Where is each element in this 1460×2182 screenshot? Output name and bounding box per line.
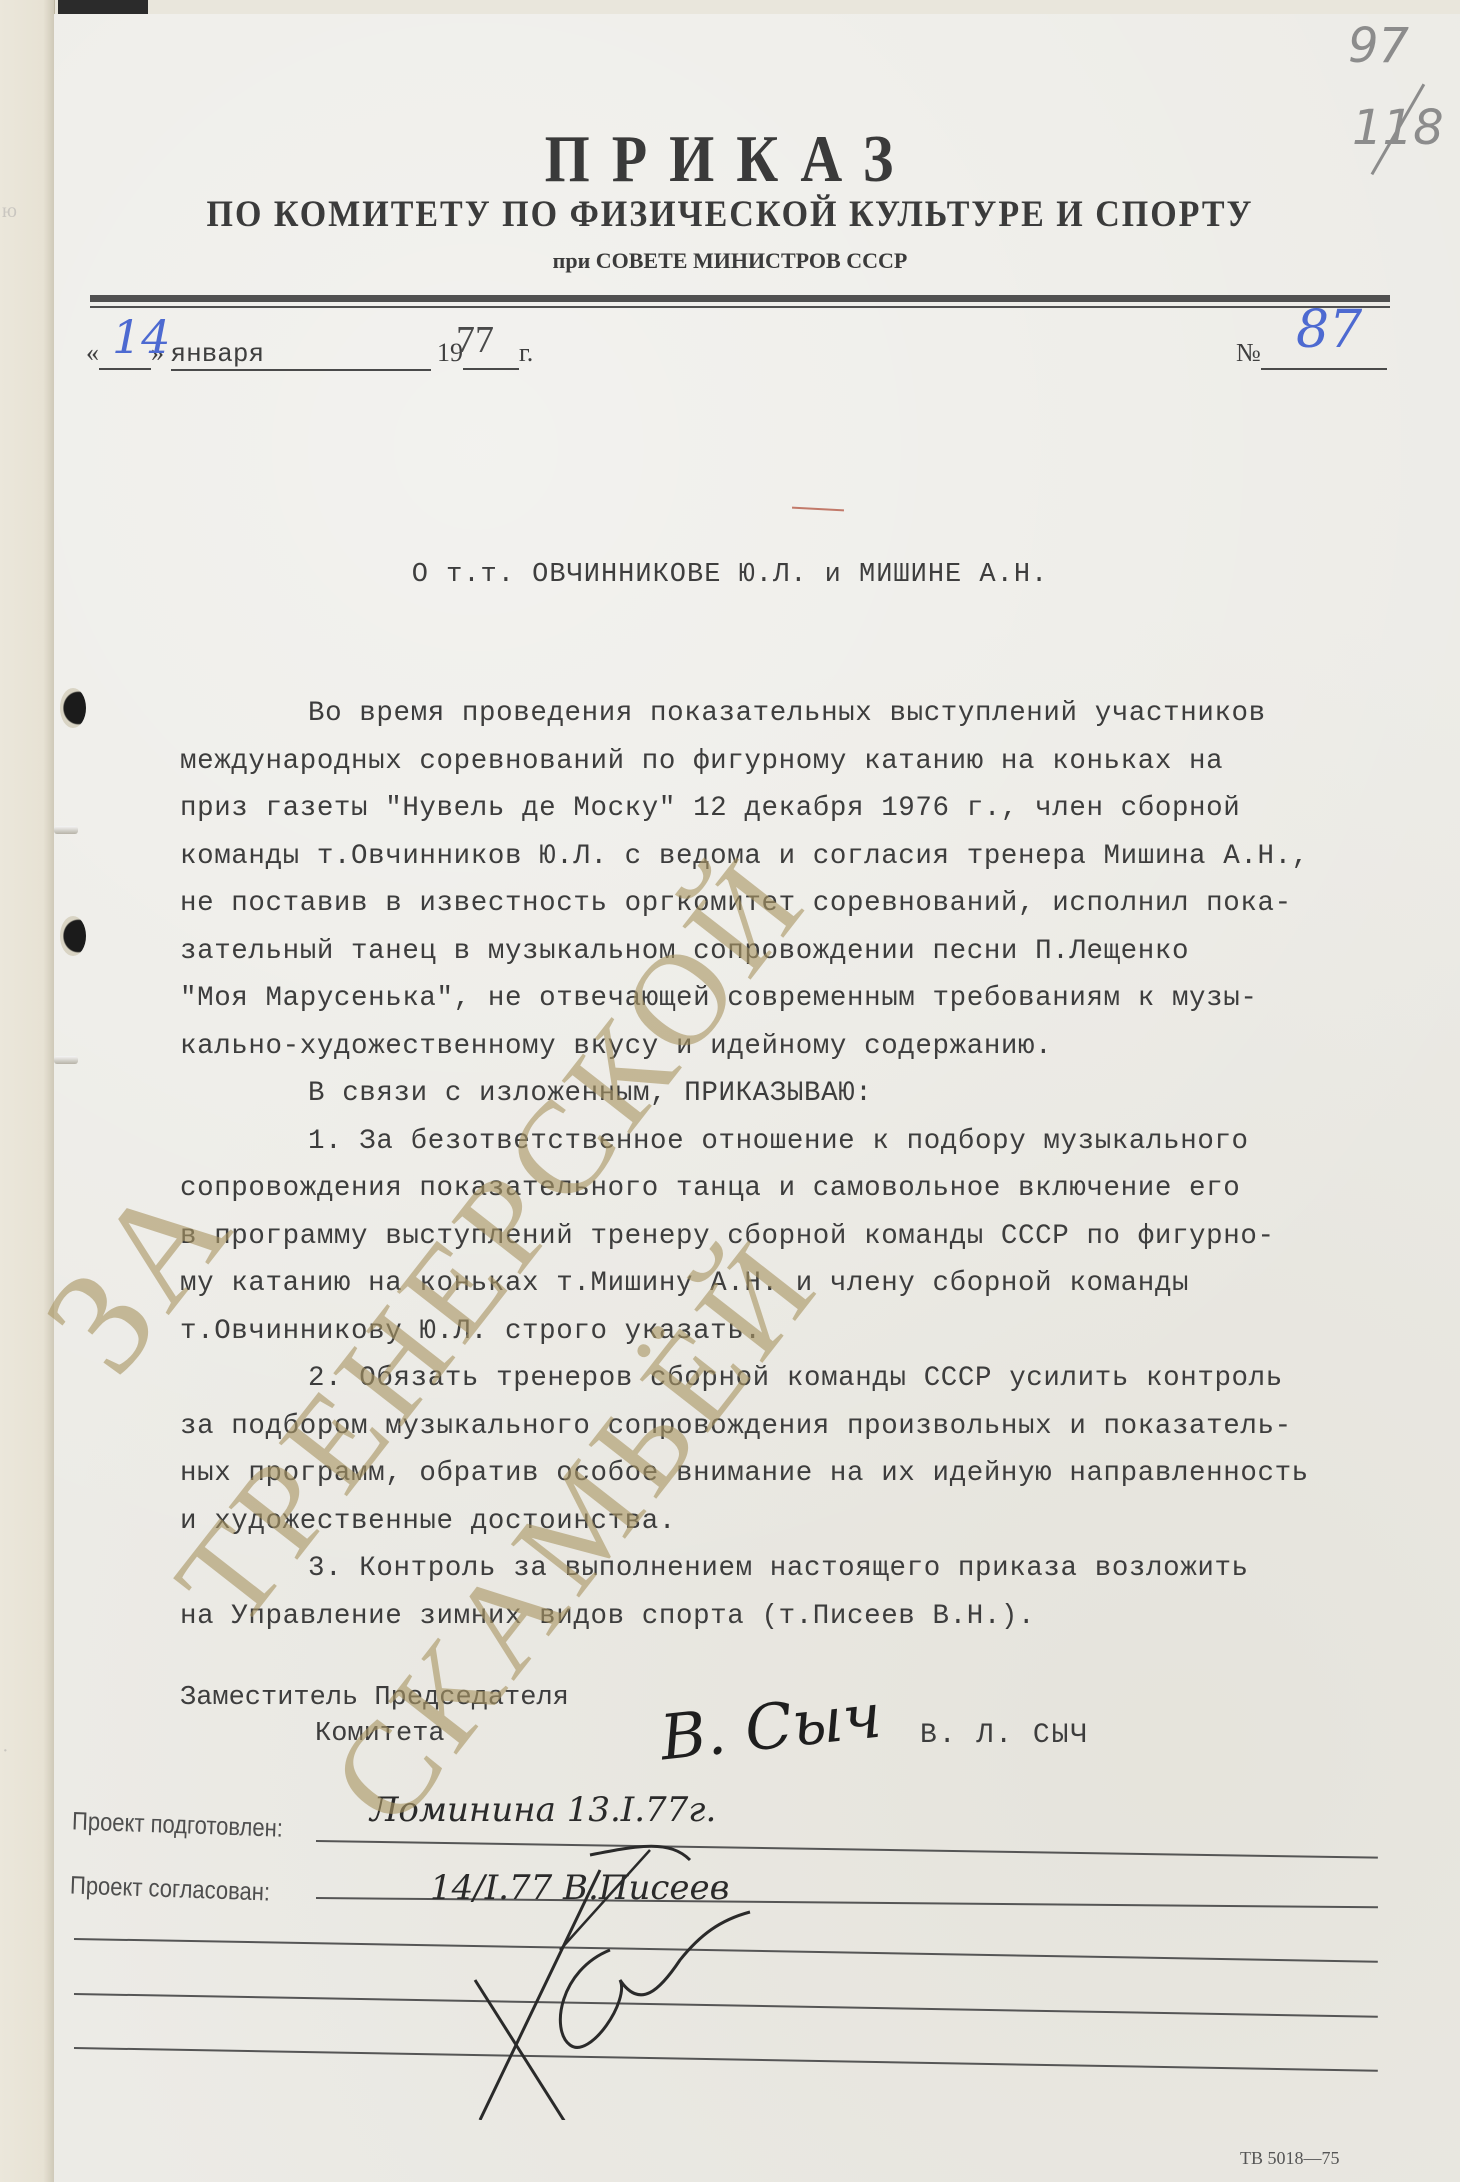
body-line: зательный танец в музыкальном сопровожде…	[180, 928, 1450, 976]
header-rule-thin	[90, 306, 1390, 308]
body-line: за подбором музыкального сопровождения п…	[180, 1403, 1450, 1451]
quote-open: «	[86, 338, 99, 367]
month-field: января	[171, 339, 431, 371]
previous-page-edge: ю ·	[0, 0, 55, 2182]
order-subject: О т.т. ОВЧИННИКОВЕ Ю.Л. и МИШИНЕ А.Н.	[0, 560, 1460, 590]
body-line: кально-художественному вкусу и идейному …	[180, 1023, 1450, 1071]
document-title: ПРИКАЗ	[0, 120, 1460, 197]
year-suffix: г.	[519, 338, 533, 367]
ghost-text: ·	[2, 1740, 9, 1763]
number-label: №	[1236, 338, 1261, 367]
order-directive: В связи с изложенным, ПРИКАЗЫВАЮ:	[180, 1070, 1450, 1118]
body-line: му катанию на коньках т.Мишину А.Н. и чл…	[180, 1260, 1450, 1308]
binding-staple	[54, 1056, 78, 1064]
body-line: на Управление зимних видов спорта (т.Пис…	[180, 1593, 1450, 1641]
body-line: т.Овчинникову Ю.Л. строго указать.	[180, 1308, 1450, 1356]
archive-sheet-number: 97	[1348, 18, 1409, 74]
typed-year: 77	[456, 318, 494, 362]
body-line: в программу выступлений тренеру сборной …	[180, 1213, 1450, 1261]
handwritten-order-number: 87	[1296, 300, 1362, 360]
organization-subordination: при СОВЕТЕ МИНИСТРОВ СССР	[0, 248, 1460, 274]
order-body: Во время проведения показательных выступ…	[180, 690, 1450, 1640]
position-line-2: Комитета	[180, 1716, 569, 1752]
punch-hole	[60, 688, 86, 728]
signatory-name: В. Л. СЫЧ	[920, 1720, 1089, 1751]
extra-signature-scribble: Хан	[420, 1840, 780, 2120]
signatory-position: Заместитель Председателя Комитета	[180, 1680, 569, 1752]
form-code: ТВ 5018—75	[1240, 2148, 1340, 2169]
binding-staple	[54, 826, 78, 834]
order-item-3: 3. Контроль за выполнением настоящего пр…	[180, 1545, 1450, 1593]
body-line: сопровождения показательного танца и сам…	[180, 1165, 1450, 1213]
issuing-organization: ПО КОМИТЕТУ ПО ФИЗИЧЕСКОЙ КУЛЬТУРЕ И СПО…	[0, 194, 1460, 236]
order-item-2: 2. Обязать тренеров сборной команды СССР…	[180, 1355, 1450, 1403]
body-line: приз газеты "Нувель де Моску" 12 декабря…	[180, 785, 1450, 833]
body-line: команды т.Овчинников Ю.Л. с ведома и сог…	[180, 833, 1450, 881]
body-line: и художественные достоинства.	[180, 1498, 1450, 1546]
handwritten-day: 14	[112, 310, 171, 364]
order-item-1: 1. За безответственное отношение к подбо…	[180, 1118, 1450, 1166]
punch-hole	[60, 916, 86, 956]
position-line-1: Заместитель Председателя	[180, 1680, 569, 1716]
body-line: не поставив в известность оргкомитет сор…	[180, 880, 1450, 928]
body-line: международных соревнований по фигурному …	[180, 738, 1450, 786]
prepared-handwriting: Ломинина 13.I.77г.	[370, 1790, 716, 1830]
header-rule	[90, 295, 1390, 302]
body-line: "Моя Марусенька", не отвечающей современ…	[180, 975, 1450, 1023]
body-line: Во время проведения показательных выступ…	[180, 690, 1450, 738]
body-line: ных программ, обратив особое внимание на…	[180, 1450, 1450, 1498]
